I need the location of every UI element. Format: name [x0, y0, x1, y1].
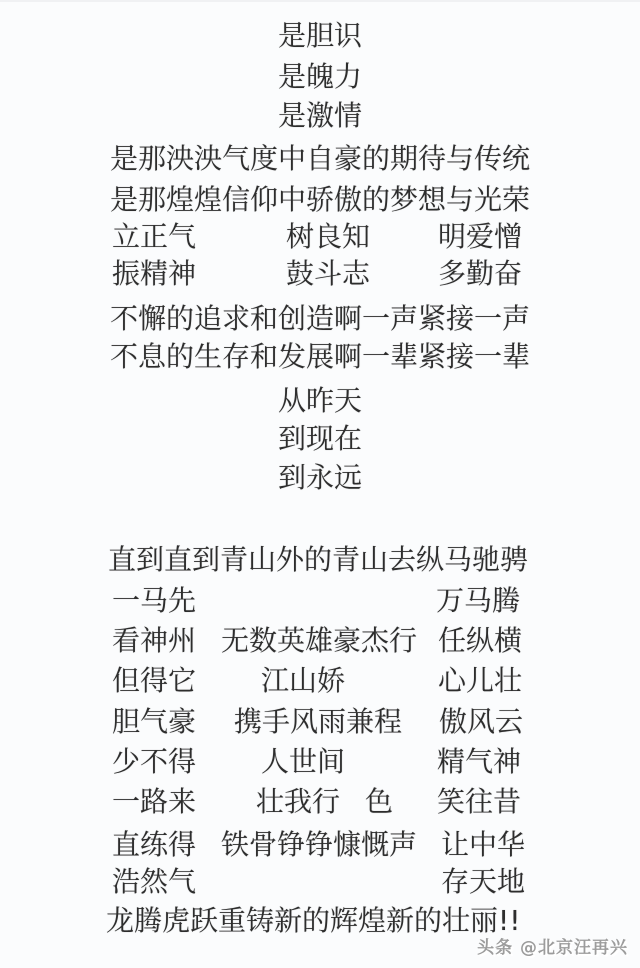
poem-line-segment: 浩然气	[112, 864, 196, 900]
poem-line: 浩然气存天地	[0, 864, 640, 900]
watermark-text: 头条 @北京汪再兴	[477, 938, 628, 958]
poem-line-segment: 一路来	[112, 784, 196, 820]
poem-line-segment: 树良知	[286, 219, 370, 255]
poem-line: 但得它江山娇心儿壮	[0, 663, 640, 699]
poem-line-segment: 是激情	[278, 99, 362, 132]
poem-line: 龙腾虎跃重铸新的辉煌新的壮丽!!	[0, 903, 640, 939]
poem: 是胆识是魄力是激情是那泱泱气度中自豪的期待与传统是那煌煌信仰中骄傲的梦想与光荣立…	[0, 2, 640, 968]
poem-line-segment: 精气神	[437, 744, 521, 780]
poem-line-segment: 龙腾虎跃重铸新的辉煌新的壮丽!!	[106, 903, 520, 939]
poem-line: 一马先万马腾	[0, 583, 640, 619]
poem-line: 振精神鼓斗志多勤奋	[0, 256, 640, 292]
poem-line-segment: 色	[365, 784, 393, 820]
poem-line-segment: 江山娇	[261, 663, 345, 699]
poem-line-segment: 到现在	[278, 422, 362, 455]
poem-line-segment: 是胆识	[278, 19, 362, 52]
poem-line: 是那泱泱气度中自豪的期待与传统	[0, 141, 640, 177]
poem-line-segment: 不息的生存和发展啊一辈紧接一辈	[110, 339, 530, 375]
poem-line-segment: 多勤奋	[438, 256, 522, 292]
poem-line-segment: 一马先	[112, 583, 196, 619]
poem-line-segment: 人世间	[261, 744, 345, 780]
poem-line-segment: 万马腾	[436, 583, 520, 619]
poem-line-segment: 笑往昔	[437, 784, 521, 820]
poem-line: 直练得铁骨铮铮慷慨声让中华	[0, 827, 640, 863]
poem-line-segment: 到永远	[278, 461, 362, 494]
poem-line-segment: 铁骨铮铮慷慨声	[221, 827, 417, 863]
poem-line: 到永远	[0, 460, 640, 496]
poem-line-segment: 傲风云	[439, 704, 523, 740]
poem-line: 看神州无数英雄豪杰行任纵横	[0, 623, 640, 659]
poem-line-segment: 存天地	[441, 864, 525, 900]
poem-line-segment: 看神州	[112, 623, 196, 659]
poem-line: 少不得人世间精气神	[0, 744, 640, 780]
poem-line-segment: 立正气	[112, 219, 196, 255]
poem-line-segment: 明爱憎	[438, 219, 522, 255]
poem-line-segment: 从昨天	[278, 384, 362, 417]
poem-line: 胆气豪携手风雨兼程傲风云	[0, 704, 640, 740]
poem-line: 是胆识	[0, 18, 640, 54]
poem-line-segment: 鼓斗志	[286, 256, 370, 292]
poem-line-segment: 直练得	[112, 827, 196, 863]
poem-line: 到现在	[0, 421, 640, 457]
poem-line-segment: 振精神	[112, 256, 196, 292]
poem-line: 是激情	[0, 98, 640, 134]
poem-line: 不息的生存和发展啊一辈紧接一辈	[0, 339, 640, 375]
poem-line-segment: 但得它	[112, 663, 196, 699]
lyrics-image: 是胆识是魄力是激情是那泱泱气度中自豪的期待与传统是那煌煌信仰中骄傲的梦想与光荣立…	[0, 0, 640, 968]
poem-line: 立正气树良知明爱憎	[0, 219, 640, 255]
poem-line-segment: 无数英雄豪杰行	[221, 623, 417, 659]
poem-line-segment: 不懈的追求和创造啊一声紧接一声	[110, 301, 530, 337]
poem-line: 直到直到青山外的青山去纵马驰骋	[0, 542, 640, 578]
toutiao-watermark: 头条 @北京汪再兴	[477, 936, 628, 960]
poem-line: 是那煌煌信仰中骄傲的梦想与光荣	[0, 182, 640, 218]
poem-line-segment: 壮我行	[256, 784, 340, 820]
poem-line: 是魄力	[0, 59, 640, 95]
poem-line: 不懈的追求和创造啊一声紧接一声	[0, 301, 640, 337]
poem-line: 一路来壮我行色笑往昔	[0, 784, 640, 820]
poem-line-segment: 胆气豪	[112, 704, 196, 740]
poem-line-segment: 让中华	[441, 827, 525, 863]
poem-line-segment: 是那泱泱气度中自豪的期待与传统	[110, 141, 530, 177]
poem-line-segment: 是魄力	[278, 60, 362, 93]
poem-line-segment: 少不得	[112, 744, 196, 780]
poem-line: 从昨天	[0, 383, 640, 419]
poem-line-segment: 任纵横	[438, 623, 522, 659]
poem-line-segment: 心儿壮	[438, 663, 522, 699]
poem-line-segment: 是那煌煌信仰中骄傲的梦想与光荣	[110, 182, 530, 218]
poem-line-segment: 直到直到青山外的青山去纵马驰骋	[108, 542, 528, 578]
poem-line-segment: 携手风雨兼程	[234, 704, 402, 740]
